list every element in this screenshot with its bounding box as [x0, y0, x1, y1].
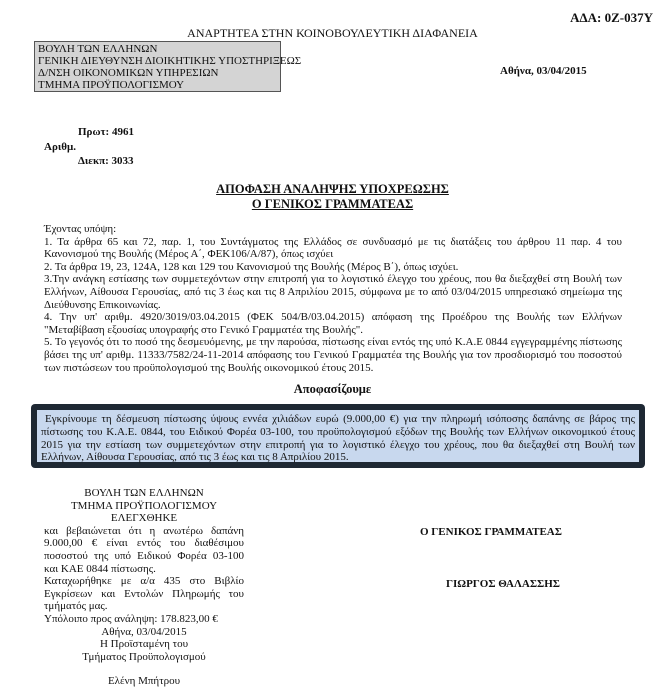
- consideration-item: 3.Την ανάγκη εστίασης των συμμετεχόντων …: [44, 273, 622, 311]
- signature-title: Ο ΓΕΝΙΚΟΣ ΓΡΑΜΜΑΤΕΑΣ: [420, 526, 562, 538]
- org-line: ΤΜΗΜΑ ΠΡΟΫΠΟΛΟΓΙΣΜΟΥ: [38, 79, 277, 91]
- budget-role-2: Τμήματος Προϋπολογισμού: [44, 651, 244, 664]
- decision-highlight-box: Εγκρίνουμε τη δέσμευση πίστωσης ύψους εν…: [31, 404, 645, 468]
- budget-signatory-name: Ελένη Μπήτρου: [44, 675, 244, 688]
- document-subtitle: Ο ΓΕΝΙΚΟΣ ΓΡΑΜΜΑΤΕΑΣ: [0, 196, 665, 212]
- budget-check-block: ΒΟΥΛΗ ΤΩΝ ΕΛΛΗΝΩΝ ΤΜΗΜΑ ΠΡΟΫΠΟΛΟΓΙΣΜΟΥ Ε…: [44, 487, 244, 688]
- budget-remaining: Υπόλοιπο προς ανάληψη: 178.823,00 €: [44, 613, 244, 626]
- protocol-number: Πρωτ: 4961: [78, 126, 134, 138]
- budget-check-text: και βεβαιώνεται ότι η ανωτέρω δαπάνη 9.0…: [44, 525, 244, 575]
- considerations-intro: Έχοντας υπόψη:: [44, 223, 622, 236]
- decision-body: Εγκρίνουμε τη δέσμευση πίστωσης ύψους εν…: [37, 410, 639, 462]
- org-line: ΒΟΥΛΗ ΤΩΝ ΕΛΛΗΝΩΝ: [38, 43, 277, 55]
- org-line: ΓΕΝΙΚΗ ΔΙΕΥΘΥΝΣΗ ΔΙΟΙΚΗΤΙΚΗΣ ΥΠΟΣΤΗΡΙΞΕΩ…: [38, 55, 277, 67]
- spacer: [44, 663, 244, 675]
- budget-org-1: ΒΟΥΛΗ ΤΩΝ ΕΛΛΗΝΩΝ: [44, 487, 244, 500]
- consideration-item: 5. Το γεγονός ότι το ποσό της δεσμευόμεν…: [44, 336, 622, 374]
- consideration-item: 4. Την υπ' αριθμ. 4920/3019/03.04.2015 (…: [44, 311, 622, 336]
- budget-org-2: ΤΜΗΜΑ ΠΡΟΫΠΟΛΟΓΙΣΜΟΥ: [44, 500, 244, 513]
- place-date: Αθήνα, 03/04/2015: [500, 65, 587, 77]
- decision-heading: Αποφασίζουμε: [0, 382, 665, 397]
- number-label: Αριθμ.: [44, 141, 76, 153]
- publish-notice: ΑΝΑΡΤΗΤΕΑ ΣΤΗΝ ΚΟΙΝΟΒΟΥΛΕΥΤΙΚΗ ΔΙΑΦΑΝΕΙΑ: [0, 26, 665, 41]
- document-title: ΑΠΟΦΑΣΗ ΑΝΑΛΗΨΗΣ ΥΠΟΧΡΕΩΣΗΣ: [0, 181, 665, 197]
- budget-role-1: Η Προϊσταμένη του: [44, 638, 244, 651]
- diekp-number: Διεκπ: 3033: [78, 155, 134, 167]
- organization-box: ΒΟΥΛΗ ΤΩΝ ΕΛΛΗΝΩΝ ΓΕΝΙΚΗ ΔΙΕΥΘΥΝΣΗ ΔΙΟΙΚ…: [34, 41, 281, 92]
- ada-code: ΑΔΑ: 0Ζ-037Υ: [570, 10, 653, 26]
- considerations: Έχοντας υπόψη: 1. Τα άρθρα 65 και 72, πα…: [44, 223, 622, 374]
- consideration-item: 1. Τα άρθρα 65 και 72, παρ. 1, του Συντά…: [44, 236, 622, 261]
- decision-text: Εγκρίνουμε τη δέσμευση πίστωσης ύψους εν…: [41, 413, 635, 464]
- budget-registration-text: Καταχωρήθηκε με α/α 435 στο Βιβλίο Εγκρί…: [44, 575, 244, 613]
- signature-name: ΓΙΩΡΓΟΣ ΘΑΛΑΣΣΗΣ: [446, 578, 560, 590]
- budget-checked-label: ΕΛΕΓΧΘΗΚΕ: [44, 512, 244, 525]
- org-line: Δ/ΝΣΗ ΟΙΚΟΝΟΜΙΚΩΝ ΥΠΗΡΕΣΙΩΝ: [38, 67, 277, 79]
- budget-date: Αθήνα, 03/04/2015: [44, 626, 244, 639]
- consideration-item: 2. Τα άρθρα 19, 23, 124Α, 128 και 129 το…: [44, 261, 622, 274]
